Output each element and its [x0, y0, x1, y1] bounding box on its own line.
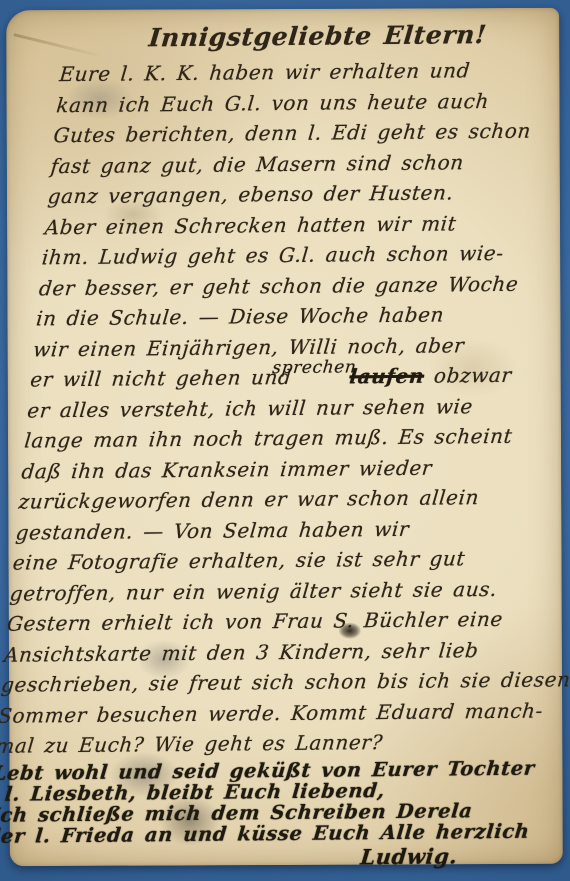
letter-paper: Innigstgeliebte Eltern! Eure l. K. K. ha…: [6, 8, 563, 866]
signature: Ludwig.: [0, 842, 515, 873]
handwritten-line: getroffen, nur ein wenig älter sieht sie…: [9, 573, 541, 609]
closing-block: Lebt wohl und seid geküßt von Eurer Toch…: [0, 756, 523, 873]
handwritten-line: Eure l. K. K. haben wir erhalten und: [58, 54, 570, 90]
line-text: obzwar: [423, 363, 513, 388]
handwritten-line: gestanden. — Von Selma haben wir: [14, 512, 546, 548]
handwritten-line: der besser, er geht schon die ganze Woch…: [38, 268, 570, 304]
handwritten-text: Innigstgeliebte Eltern! Eure l. K. K. ha…: [0, 14, 570, 873]
handwritten-line: lange man ihn noch tragen muß. Es schein…: [23, 420, 555, 456]
handwritten-line: Aber einen Schrecken hatten wir mit: [43, 207, 570, 243]
handwritten-line: ihm. Ludwig geht es G.l. auch schon wie-: [41, 237, 570, 273]
struck-word: laufen: [348, 364, 425, 389]
letter-heading: Innigstgeliebte Eltern!: [61, 14, 570, 59]
handwritten-line: Gutes berichten, denn l. Edi geht es sch…: [52, 115, 570, 151]
handwritten-line: Gestern erhielt ich von Frau S. Büchler …: [6, 604, 538, 640]
handwritten-line: fast ganz gut, die Masern sind schon: [49, 146, 570, 182]
handwritten-line: eine Fotografie erhalten, sie ist sehr g…: [11, 543, 543, 579]
line-text: er will nicht gehen und: [29, 365, 302, 392]
handwritten-line-with-correction: er will nicht gehen und sprechenlaufen o…: [29, 359, 561, 395]
handwritten-line: ganz vergangen, ebenso der Husten.: [46, 176, 570, 212]
handwritten-line: zurückgeworfen denn er war schon allein: [17, 481, 549, 517]
handwritten-line: geschrieben, sie freut sich schon bis ic…: [0, 665, 532, 701]
inserted-word: sprechen: [271, 352, 358, 383]
handwritten-line: Sommer besuchen werde. Kommt Eduard manc…: [0, 695, 529, 731]
handwritten-line: in die Schule. — Diese Woche haben: [35, 298, 567, 334]
handwritten-line: kann ich Euch G.l. von uns heute auch: [55, 85, 570, 121]
